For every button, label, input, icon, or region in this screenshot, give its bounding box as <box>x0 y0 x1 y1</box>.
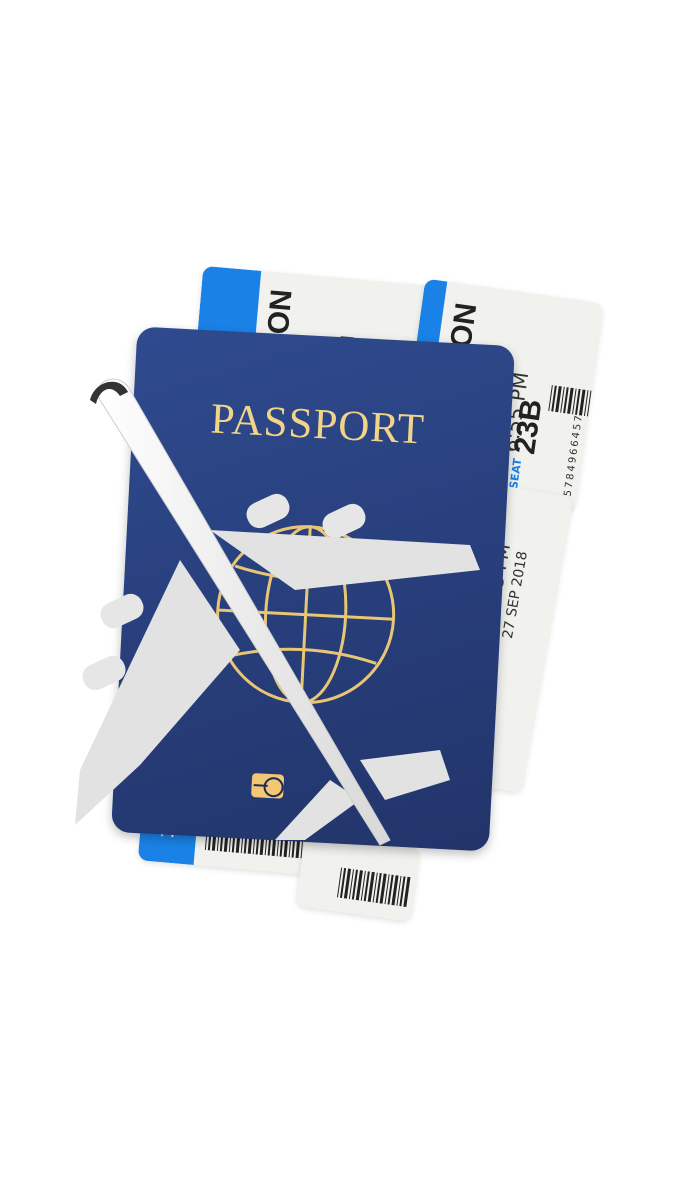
airplane-illustration <box>60 370 500 850</box>
seat-number: 23B <box>508 397 549 456</box>
barcode <box>337 868 412 908</box>
seat-label: SEAT <box>507 458 524 490</box>
barcode-number: 5784966457 <box>563 413 586 497</box>
